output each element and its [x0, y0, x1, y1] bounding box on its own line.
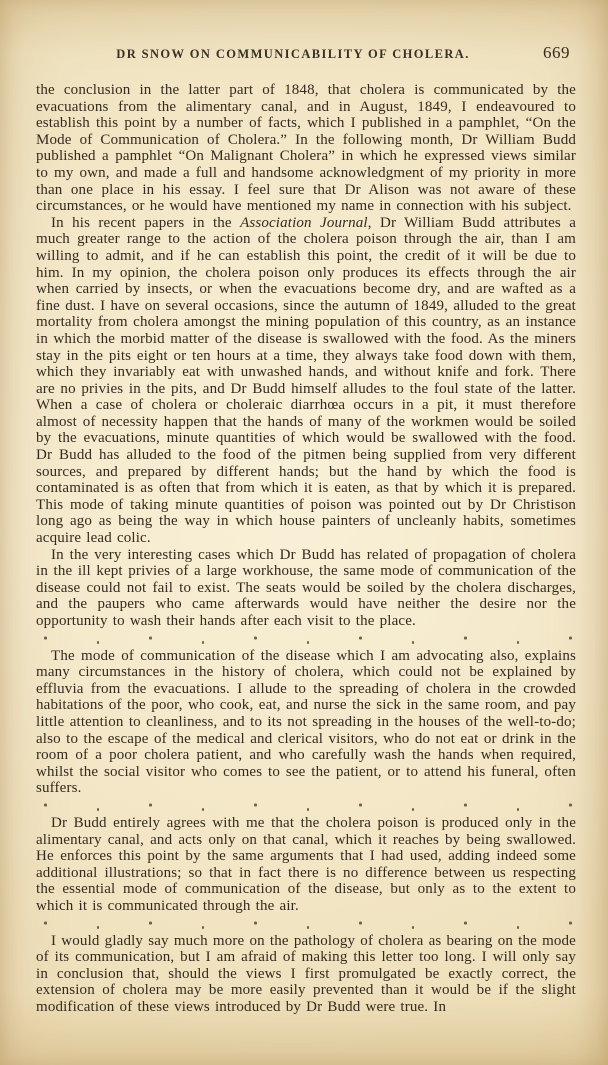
separator-dot: [149, 637, 152, 640]
text-run: In the very interesting cases which Dr B…: [36, 547, 576, 629]
separator-dot: [307, 808, 310, 811]
paragraph: In his recent papers in the Association …: [36, 215, 576, 547]
running-header-title: DR SNOW ON COMMUNICABILITY OF CHOLERA.: [116, 47, 469, 61]
separator-dot: [569, 921, 572, 924]
paragraph: I would gladly say much more on the path…: [36, 933, 576, 1016]
page-body: the conclusion in the latter part of 184…: [36, 82, 576, 1015]
separator-dot: [569, 637, 572, 640]
paragraph: The mode of communication of the disease…: [36, 648, 576, 797]
page-number: 669: [543, 43, 570, 63]
separator-dot: [202, 926, 205, 929]
separator-dot: [359, 804, 362, 807]
separator-dot: [517, 926, 520, 929]
separator-dot: [202, 641, 205, 644]
section-separator: [44, 802, 572, 811]
text-run: In his recent papers in the: [51, 215, 240, 231]
separator-dot: [464, 804, 467, 807]
separator-dot: [44, 637, 47, 640]
paragraph: Dr Budd entirely agrees with me that the…: [36, 815, 576, 915]
separator-dot: [149, 921, 152, 924]
separator-dot: [254, 921, 257, 924]
italic-text: Association Journal: [240, 215, 368, 231]
separator-dot: [44, 921, 47, 924]
text-run: The mode of communication of the disease…: [36, 648, 576, 797]
separator-dot: [44, 804, 47, 807]
paragraph: In the very interesting cases which Dr B…: [36, 547, 576, 630]
running-header: DR SNOW ON COMMUNICABILITY OF CHOLERA. 6…: [36, 47, 576, 62]
separator-dot: [149, 804, 152, 807]
separator-dot: [517, 808, 520, 811]
separator-dot: [97, 641, 100, 644]
text-run: the conclusion in the latter part of 184…: [36, 82, 576, 214]
text-run: Dr Budd entirely agrees with me that the…: [36, 815, 576, 914]
separator-dot: [307, 641, 310, 644]
separator-dot: [97, 808, 100, 811]
separator-dot: [464, 921, 467, 924]
separator-dot: [359, 921, 362, 924]
separator-dot: [412, 641, 415, 644]
separator-dot: [97, 926, 100, 929]
section-separator: [44, 920, 572, 929]
separator-dot: [307, 926, 310, 929]
separator-dot: [254, 804, 257, 807]
separator-dot: [569, 804, 572, 807]
text-run: I would gladly say much more on the path…: [36, 933, 576, 1015]
section-separator: [44, 635, 572, 644]
separator-dot: [464, 637, 467, 640]
separator-dot: [412, 808, 415, 811]
separator-dot: [412, 926, 415, 929]
separator-dot: [254, 637, 257, 640]
separator-dot: [517, 641, 520, 644]
paragraph: the conclusion in the latter part of 184…: [36, 82, 576, 215]
scanned-book-page: DR SNOW ON COMMUNICABILITY OF CHOLERA. 6…: [0, 0, 608, 1065]
separator-dot: [359, 637, 362, 640]
text-run: , Dr William Budd attributes a much grea…: [36, 215, 576, 546]
separator-dot: [202, 808, 205, 811]
